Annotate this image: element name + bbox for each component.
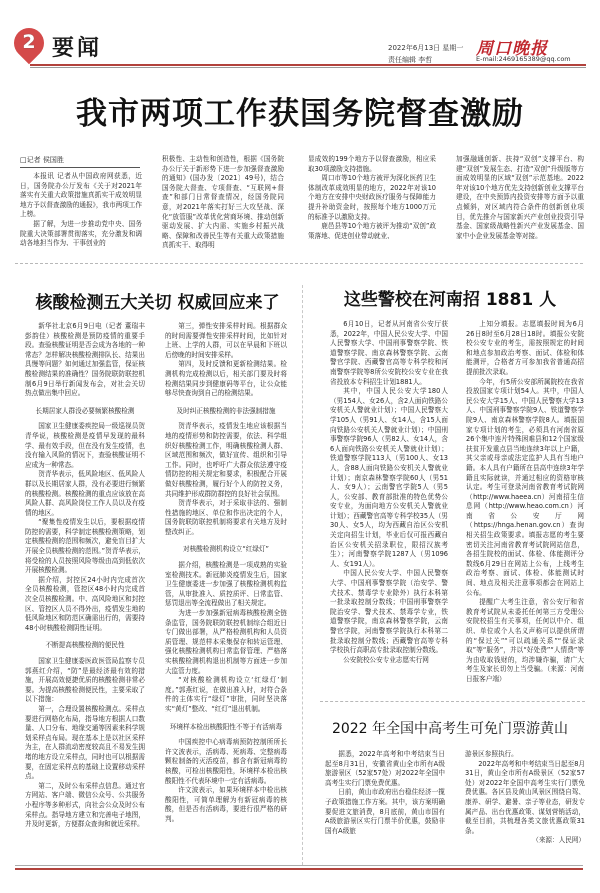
- byline: □记者 侯国胜: [20, 155, 140, 168]
- section-title: 要闻: [52, 31, 102, 62]
- lead-column-2: 积极性、主动性和创造性，根据《国务院办公厅关于新形势下进一步加强督查激励的通知》…: [162, 155, 284, 251]
- footer-divider: [15, 868, 583, 870]
- huangshan-headline: 2022 年全国中高考生可免门票游黄山: [305, 718, 595, 738]
- masthead: 2 要闻 2022年6月13日 星期一 责任编辑 李哲 周口晚报 E-mail:…: [0, 0, 600, 72]
- page-number: 2: [14, 31, 44, 53]
- paragraph: 今年，有5所公安部所属院校在我省投放国家专项计划54人。其中，中国人民公安大学1…: [466, 378, 584, 599]
- paragraph: “聚集性疫情发生以后，要根据疫情防控的需要，科学制定核酸检测策略，划定核酸检测的…: [25, 518, 145, 576]
- paragraph: 其中，中国人民公安大学180人（男154人、女26人，含2人面向铁路公安机关人警…: [330, 387, 448, 569]
- lead-column-1: 本报讯 记者从中国政府网获悉，近日，国务院办公厅发布《关于对2021年落实有关重…: [20, 172, 142, 249]
- paragraph: 第三，弹性安排采样时间。根据群众的时间需要弹性安排采样时间，比如针对上班、上学的…: [165, 322, 287, 360]
- paragraph: 周口市等10个地方被评为深化医药卫生体制改革成效明显的地方，2022年对该10个…: [308, 174, 436, 222]
- source-credit: （来源：人民网）: [465, 836, 585, 846]
- subheading: 及时纠正核酸检测的非法强制措施: [165, 407, 287, 417]
- column-divider: [302, 285, 303, 865]
- section-divider: [15, 263, 583, 264]
- subheading: 不断提高核酸检测的便民性: [25, 641, 145, 651]
- lead-column-3: 显成效的199个地方予以督查激励，相应采取30项激励支持措施。 周口市等10个地…: [308, 155, 436, 241]
- paragraph: 游景区参照执行。: [465, 750, 585, 760]
- paragraph: 贺青华表示，疫情发生地应该根据当地的疫情形势和防控需要，依法、科学组织好核酸检测…: [165, 422, 287, 499]
- paragraph: 加强融通创新、扶持“双创”支撑平台、构建“双创”发展生态、打造“双创”升级版等方…: [456, 155, 584, 241]
- paragraph: 本报讯 记者从中国政府网获悉，近日，国务院办公厅发布《关于对2021年落实有关重…: [20, 172, 142, 220]
- issue-date: 2022年6月13日 星期一: [388, 43, 463, 53]
- nucleic-column-1: 新华社北京6月9日电（记者 董瑞丰 彭韵佳）核酸检测是预防疫情的重要手段。查验核…: [25, 322, 145, 862]
- police-column-2: 上知分填报。志愿填报时间为6月26日8时至6月28日18时。填报公安院校公安专业…: [466, 320, 584, 698]
- footer-divider-thin: [15, 865, 583, 866]
- paragraph: 新华社北京6月9日电（记者 董瑞丰 彭韵佳）核酸检测是预防疫情的重要手段。查验核…: [25, 322, 145, 399]
- nucleic-headline: 核酸检测五大关切 权威回应来了: [15, 288, 300, 313]
- huangshan-column-1: 据悉，2022年高考和中考结束当日起至8月31日，安徽省黄山全市所有A级旅游景区…: [325, 750, 445, 850]
- paragraph: 第二，及时公布采样点信息。通过官方网站、客户端、微信公众号、公共服务小程序等多种…: [25, 782, 145, 830]
- paragraph: 据介绍，封控区24小时内完成首次全员核酸检测，管控区48小时内完成首次全员核酸检…: [25, 576, 145, 634]
- paragraph: 2022年高考和中考结束当日起至8月31日，黄山全市所有A级景区（52家57处）…: [465, 760, 585, 837]
- paragraph: 鹿邑县等10个地方被评为推动“双创”政策落地、促进创业带动就业、: [308, 222, 436, 241]
- paragraph: 中国疾控中心病毒病预防控制所所长许文波表示，活病毒、死病毒、完整病毒颗粒制备的灭…: [165, 738, 287, 786]
- paragraph: 上知分填报。志愿填报时间为6月26日8时至6月28日18时。填报公安院校公安专业…: [466, 320, 584, 378]
- paragraph: 贺青华表示，对于采取非法的、强制性措施的地区、单位和作出决定的个人，国务院联防联…: [165, 499, 287, 537]
- header-divider-thin: [30, 67, 586, 68]
- huangshan-column-2: 游景区参照执行。2022年高考和中考结束当日起至8月31日，黄山全市所有A级景区…: [465, 750, 585, 850]
- paragraph: 显成效的199个地方予以督查激励，相应采取30项激励支持措施。: [308, 155, 436, 174]
- subheading: 环境样本检出核酸阳性不等于有活病毒: [165, 723, 287, 733]
- subheading: 对核酸检测机构设立“红绿灯”: [165, 545, 287, 555]
- paragraph: 提醒广大考生注意，省公安厅和省教育考试院从未委托任何第三方受理公安院校招生有关事…: [466, 598, 584, 684]
- paragraph: 据了解，为进一步推动党中央、国务院重大决策部署贯彻落实，充分激发和调动各地担当作…: [20, 220, 142, 249]
- lead-column-4: 加强融通创新、扶持“双创”支撑平台、构建“双创”发展生态、打造“双创”升级版等方…: [456, 155, 584, 241]
- paragraph: 据悉，2022年高考和中考结束当日起至8月31日，安徽省黄山全市所有A级旅游景区…: [325, 750, 445, 788]
- paragraph: 中国人民公安大学、中国人民警察大学、中国刑事警察学院（治安学、警犬技术、禁毒学专…: [330, 569, 448, 655]
- paragraph: 积极性、主动性和创造性，根据《国务院办公厅关于新形势下进一步加强督查激励的通知》…: [162, 155, 284, 251]
- paragraph: 6月10日，记者从河南省公安厅获悉，2022年，中国人民公安大学、中国人民警察大…: [330, 320, 448, 387]
- contact-email: E-mail:2469165389@qq.com: [476, 55, 571, 63]
- paragraph: 日前，黄山市政府出台稳住经济一揽子政策措施工作方案。其中，该方案明确要促进文旅消…: [325, 788, 445, 836]
- paragraph: 第四，及时反馈和更新检测结果。检测机构完成检测以后，相关部门要及时将检测结果同步…: [165, 360, 287, 398]
- section-divider: [320, 701, 585, 702]
- paragraph: 贺青华表示，低风险地区、低风险人群以及长期居家人群，没有必要进行频繁的核酸检测。…: [25, 470, 145, 518]
- police-headline: 这些警校在河南招 1881 人: [305, 285, 595, 310]
- paragraph: “对核酸检测机构设立‘红绿灯’制度。”郭燕红说，在做出准入时，对符合条件的主体实…: [165, 676, 287, 714]
- page-number-pin-icon: 2: [14, 28, 44, 64]
- lead-headline: 我市两项工作获国务院督查激励: [0, 88, 600, 133]
- header-divider: [30, 64, 586, 66]
- paragraph: 第一，合理设置核酸检测点。采样点要进行网格化布局，指导地方根据人口数量、人口分布…: [25, 705, 145, 782]
- paragraph: 为进一步加强新冠病毒核酸检测全链条监管，国务院联防联控机制综合组近日专门做出部署…: [165, 609, 287, 676]
- paragraph: 据介绍，核酸检测是一项成熟的实验室检测技术。新冠肺炎疫情发生后，国家卫生健康委进…: [165, 561, 287, 609]
- police-column-1: 6月10日，记者从河南省公安厅获悉，2022年，中国人民公安大学、中国人民警察大…: [330, 320, 448, 698]
- nucleic-column-2: 第三，弹性安排采样时间。根据群众的时间需要弹性安排采样时间，比如针对上班、上学的…: [165, 322, 287, 862]
- paragraph: 公安院校公安专业志愿实行网: [330, 656, 448, 666]
- paragraph: 国家卫生健康委医政医管局监察专员郭燕红介绍，“防”是最经济最有效的措施，开展高效…: [25, 657, 145, 705]
- subheading: 长期居家人群没必要频繁核酸检测: [25, 407, 145, 417]
- paragraph: 许文波表示，如果环境样本中检出核酸阳性，可简单理解为有新冠病毒的核酸，但是否有活…: [165, 786, 287, 824]
- paragraph: 国家卫生健康委疾控局一级巡视员贺青华说，核酸检测是疫情早发现的最科学、最有效手段…: [25, 422, 145, 470]
